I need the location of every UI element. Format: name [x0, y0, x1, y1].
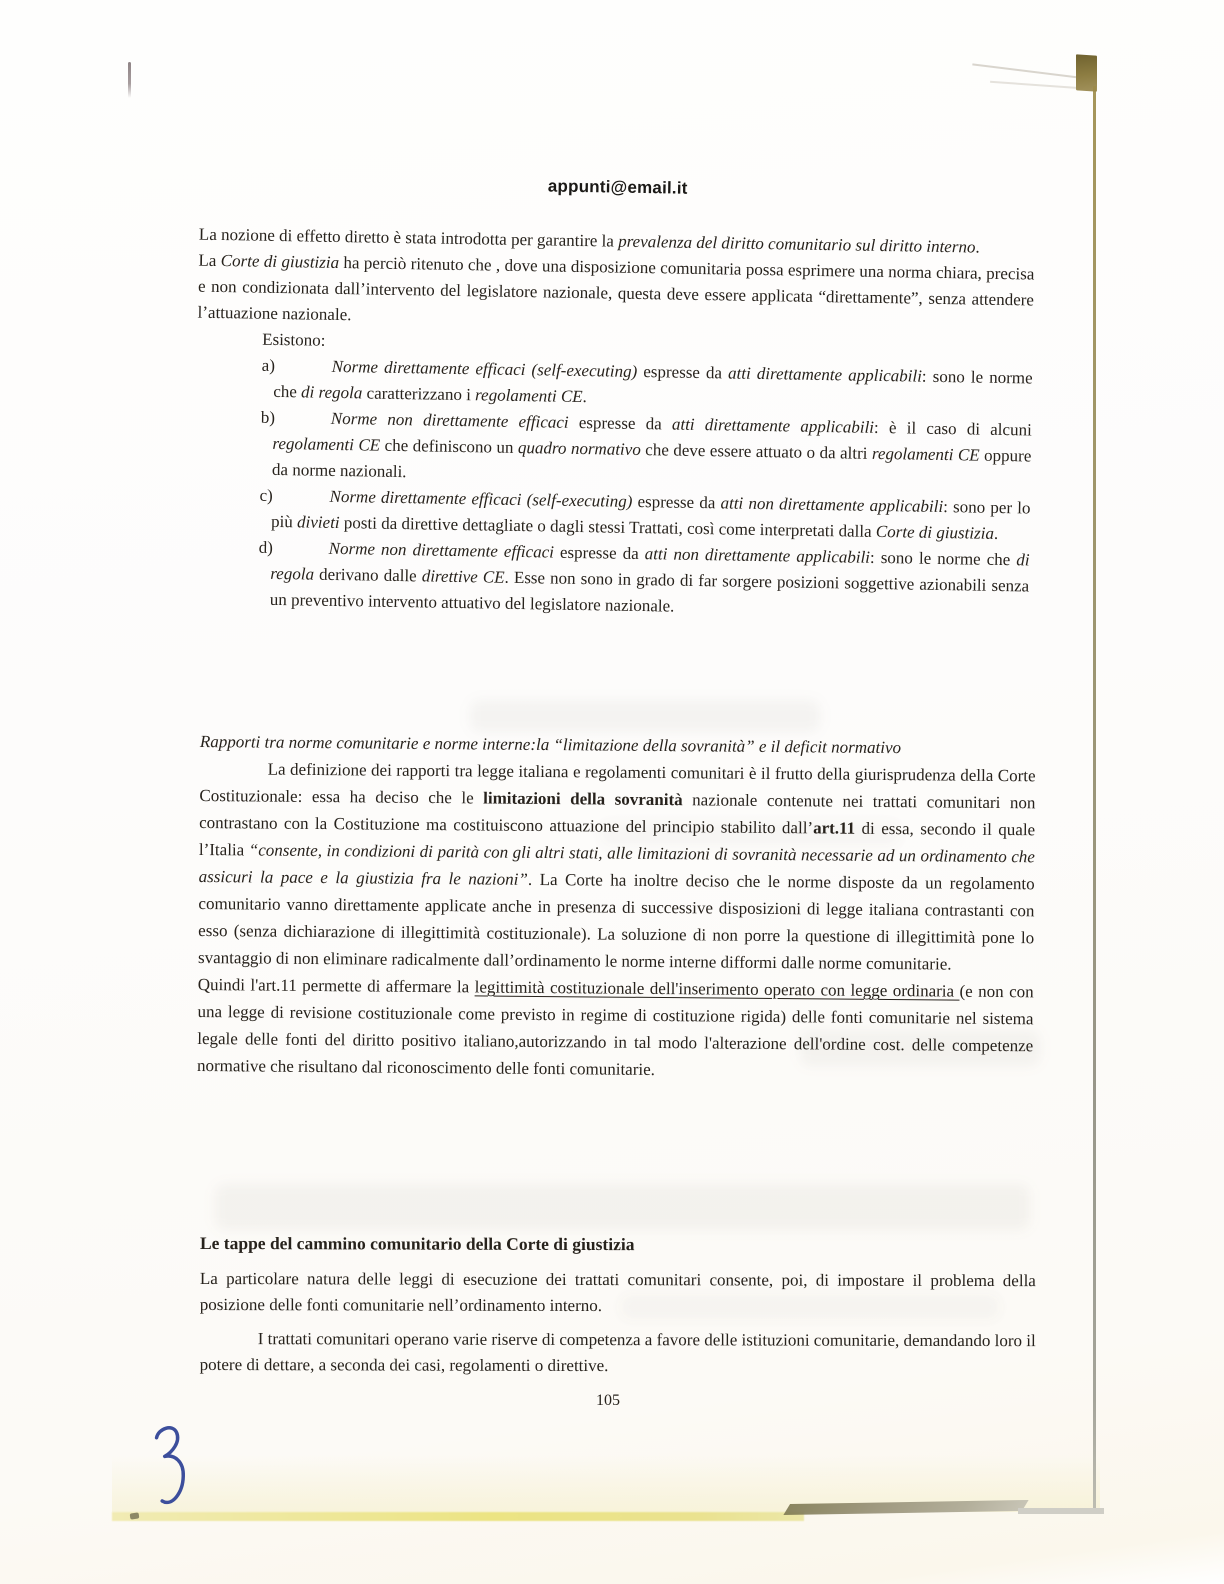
paragraph-definizione-rapporti: La definizione dei rapporti tra legge it… — [198, 755, 1036, 978]
list-item-b: b)Norme non direttamente efficaci espres… — [195, 404, 1032, 496]
paragraph-quindi-art11: Quindi l'art.11 permette di affermare la… — [197, 971, 1034, 1086]
list-item-label: c) — [259, 483, 329, 510]
scan-bleed-smudge — [215, 1184, 1030, 1230]
page-bottom-section: Le tappe del cammino comunitario della C… — [200, 1230, 1036, 1380]
page-number: 105 — [190, 1392, 1026, 1410]
list-item-text: Norme non direttamente efficaci espresse… — [272, 409, 1032, 481]
scan-bleed-smudge — [470, 700, 820, 732]
list-item-text: Norme direttamente efficaci (self-execut… — [271, 487, 1031, 543]
page-bottom-edge — [1018, 1508, 1104, 1514]
page-bottom-edge — [112, 1512, 804, 1521]
heading-tappe-bold: Le tappe del cammino comunitario della C… — [200, 1230, 1036, 1258]
paragraph-particolare-natura: La particolare natura delle leggi di ese… — [200, 1266, 1036, 1320]
page-right-edge — [1093, 86, 1096, 1514]
page-bottom-speck — [130, 1512, 140, 1519]
paragraph-trattati-comunitari: I trattati comunitari operano varie rise… — [200, 1326, 1036, 1380]
list-item-label: a) — [262, 353, 332, 380]
page-middle-section: Rapporti tra norme comunitarie e norme i… — [197, 728, 1036, 1086]
list-item-label: d) — [258, 535, 328, 562]
page-top-section: appunti@email.it La nozione di effetto d… — [193, 168, 1036, 626]
list-item-text: Norme non direttamente efficaci espresse… — [270, 539, 1030, 616]
scan-left-tick-mark — [128, 62, 131, 98]
list-item-text: Norme direttamente efficaci (self-execut… — [273, 357, 1033, 406]
list-item-d: d)Norme non direttamente efficaci espres… — [193, 534, 1030, 626]
paragraph-corte-giustizia: La Corte di giustizia ha perciò ritenuto… — [197, 248, 1034, 340]
list-item-label: b) — [261, 405, 331, 432]
scanned-notes-page: { "document": { "header": "appunti@email… — [0, 0, 1224, 1584]
